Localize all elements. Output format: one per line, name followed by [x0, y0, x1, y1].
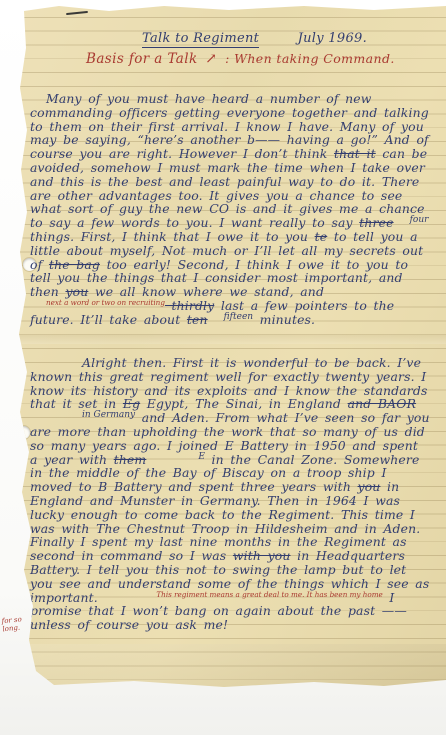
inserted-correction: four — [394, 217, 429, 223]
title-row: Talk to Regiment July 1969. — [142, 31, 442, 46]
red-inserted-note: This regiment means a great deal to me. … — [104, 592, 382, 597]
paper-fold-shadow — [14, 644, 446, 688]
punch-hole-bottom — [17, 426, 30, 439]
handwritten-text: things. First, I think that I owe it to … — [30, 229, 315, 244]
stray-pen-mark — [66, 11, 88, 15]
inserted-correction: E — [146, 454, 205, 460]
document-scan: Talk to Regiment July 1969. Basis for a … — [0, 0, 446, 735]
handwritten-text: minutes. — [253, 312, 315, 327]
struck-out-text: te — [315, 229, 328, 244]
document-title: Talk to Regiment — [142, 31, 259, 48]
handwritten-text: we all know where we stand, and — [88, 284, 324, 299]
paragraph-history: Alright then. First it is wonderful to b… — [30, 356, 430, 632]
inserted-correction: fifteen — [208, 314, 253, 320]
inserted-correction: in Germany — [30, 412, 135, 418]
struck-out-text: Eg — [123, 396, 140, 411]
margin-note: for so long. — [1, 615, 29, 634]
paper-crease — [14, 334, 446, 344]
document-date: July 1969. — [298, 31, 367, 46]
struck-out-text: and BAOR — [348, 396, 416, 411]
struck-out-text: you — [65, 284, 88, 299]
paragraph-introduction: Many of you must have heard a number of … — [30, 92, 430, 327]
struck-out-text: them — [114, 452, 147, 467]
struck-out-text: with you — [233, 548, 291, 563]
insert-arrow-icon: ↗ — [205, 51, 217, 67]
subtitle-continuation: : When taking Command. — [225, 51, 395, 66]
struck-out-text: you — [358, 479, 381, 494]
struck-out-text: the bag — [49, 257, 100, 272]
struck-out-text: thirdly — [165, 298, 214, 313]
subtitle-row: Basis for a Talk ↗ : When taking Command… — [86, 51, 446, 67]
struck-out-text: that it — [334, 146, 376, 161]
red-inserted-note: next a word or two on recruiting — [30, 300, 165, 305]
struck-out-text: ten — [187, 312, 208, 327]
lined-paper-sheet: Talk to Regiment July 1969. Basis for a … — [14, 4, 446, 688]
subtitle-text: Basis for a Talk — [86, 51, 198, 67]
struck-out-text: three — [359, 215, 393, 230]
handwritten-text: Egypt, The Sinai, in England — [140, 396, 347, 411]
red-ink-mark — [13, 654, 31, 667]
